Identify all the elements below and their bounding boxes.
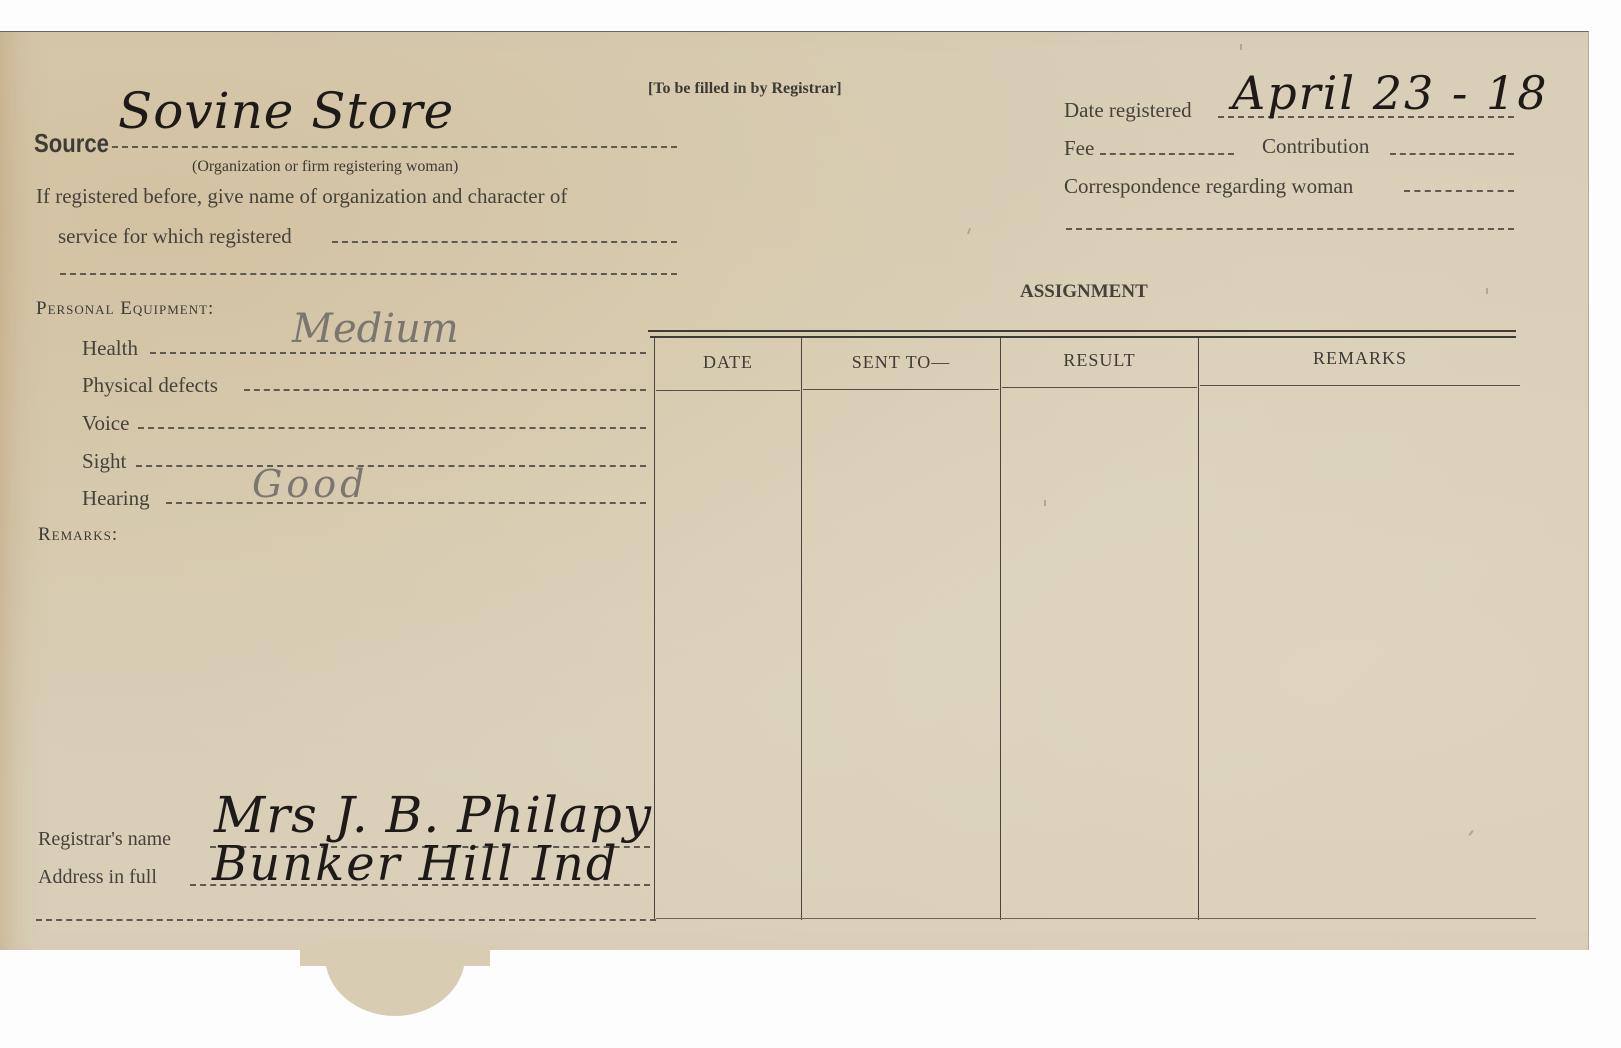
header-underline [1200,385,1520,386]
source-caption: (Organization or firm registering woman) [192,158,458,176]
contribution-label: Contribution [1262,134,1369,159]
registrar-name-label: Registrar's name [38,828,171,851]
column-header-remarks: REMARKS [1200,348,1520,369]
personal-equipment-heading: Personal Equipment: [36,298,214,320]
health-value[interactable]: Medium [292,306,459,352]
voice-line[interactable] [138,427,646,429]
date-column-cells[interactable] [656,392,800,918]
column-header-result: RESULT [1002,350,1197,371]
address-value[interactable]: Bunker Hill Ind [212,836,619,892]
registered-before-line-2[interactable] [60,273,677,275]
remarks-column-cells[interactable] [1200,392,1520,918]
sight-label: Sight [82,449,126,474]
correspondence-label: Correspondence regarding woman [1064,174,1353,199]
date-registered-label: Date registered [1064,98,1192,123]
header-underline [656,390,800,391]
correspondence-line-2[interactable] [1066,228,1514,230]
paper-fiber [1240,44,1242,50]
assignment-heading: ASSIGNMENT [1020,281,1148,303]
result-column-cells[interactable] [1002,392,1197,918]
hearing-line [166,502,646,504]
bottom-dashed-line [36,919,656,921]
fee-label: Fee [1064,136,1094,161]
column-header-sent-to: SENT TO— [803,352,999,373]
source-line [112,146,677,148]
date-registered-value[interactable]: April 23 - 18 [1232,66,1549,120]
table-divider [801,338,802,920]
sent-to-column-cells[interactable] [803,392,999,918]
paper-fiber [1486,288,1488,294]
table-divider [1000,338,1001,920]
address-label: Address in full [38,866,157,889]
header-underline [803,389,999,390]
registered-before-label-2: service for which registered [58,224,292,249]
column-header-date: DATE [656,352,800,373]
table-bottom-edge [656,918,1536,919]
header-underline [1002,387,1197,388]
correspondence-line[interactable] [1404,190,1514,192]
table-divider [1198,338,1199,920]
assignment-table-rule [648,330,1516,332]
remarks-area[interactable] [38,556,638,806]
registered-before-label: If registered before, give name of organ… [36,184,567,209]
registrar-note: [To be filled in by Registrar] [648,80,842,98]
card-index-tab [325,940,465,1016]
assignment-table-rule [650,336,1516,338]
remarks-heading: Remarks: [38,524,118,546]
physical-defects-label: Physical defects [82,373,218,398]
physical-defects-line[interactable] [244,389,646,391]
contribution-line[interactable] [1390,153,1514,155]
registered-before-line[interactable] [332,241,677,243]
health-label: Health [82,336,138,361]
sight-line[interactable] [136,465,646,467]
health-line [150,352,646,354]
hearing-value[interactable]: Good [252,462,368,506]
fee-line[interactable] [1100,153,1234,155]
hearing-label: Hearing [82,486,150,511]
table-border [654,338,655,920]
source-value[interactable]: Sovine Store [118,82,454,140]
voice-label: Voice [82,411,129,436]
source-label: Source [34,128,109,159]
